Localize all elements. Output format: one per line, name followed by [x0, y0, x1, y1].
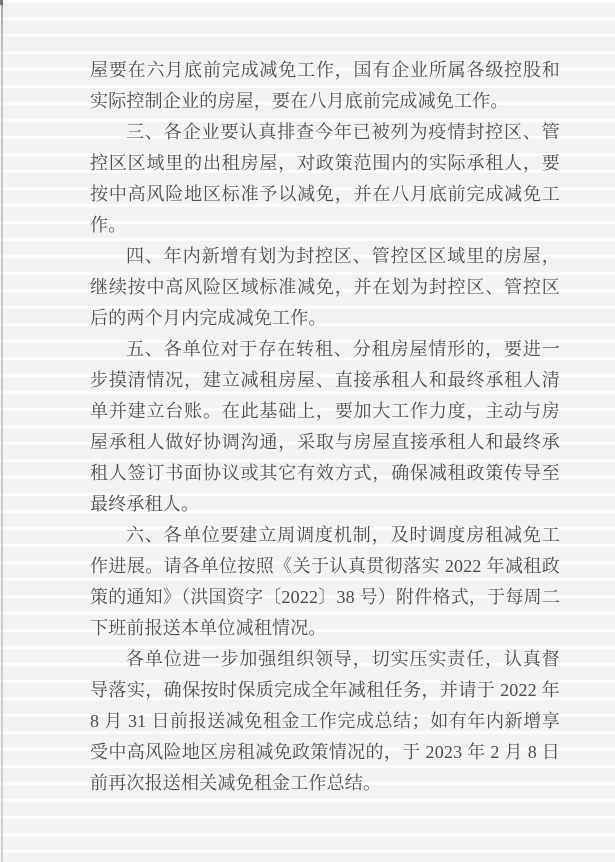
- document-body: 屋要在六月底前完成减免工作，国有企业所属各级控股和实际控制企业的房屋，要在八月底…: [90, 55, 560, 799]
- paragraph: 屋要在六月底前完成减免工作，国有企业所属各级控股和实际控制企业的房屋，要在八月底…: [90, 55, 560, 117]
- paragraph: 六、各单位要建立周调度机制，及时调度房租减免工作进展。请各单位按照《关于认真贯彻…: [90, 520, 560, 644]
- scan-edge-line: [1, 0, 3, 862]
- paragraph: 各单位进一步加强组织领导，切实压实责任，认真督导落实，确保按时保质完成全年减租任…: [90, 644, 560, 799]
- paragraph: 五、各单位对于存在转租、分租房屋情形的，要进一步摸清情况，建立减租房屋、直接承租…: [90, 334, 560, 520]
- scan-corner-mark: [0, 0, 3, 5]
- paragraph: 四、年内新增有划为封控区、管控区区域里的房屋，继续按中高风险区域标准减免，并在划…: [90, 241, 560, 334]
- paragraph: 三、各企业要认真排查今年已被列为疫情封控区、管控区区域里的出租房屋，对政策范围内…: [90, 117, 560, 241]
